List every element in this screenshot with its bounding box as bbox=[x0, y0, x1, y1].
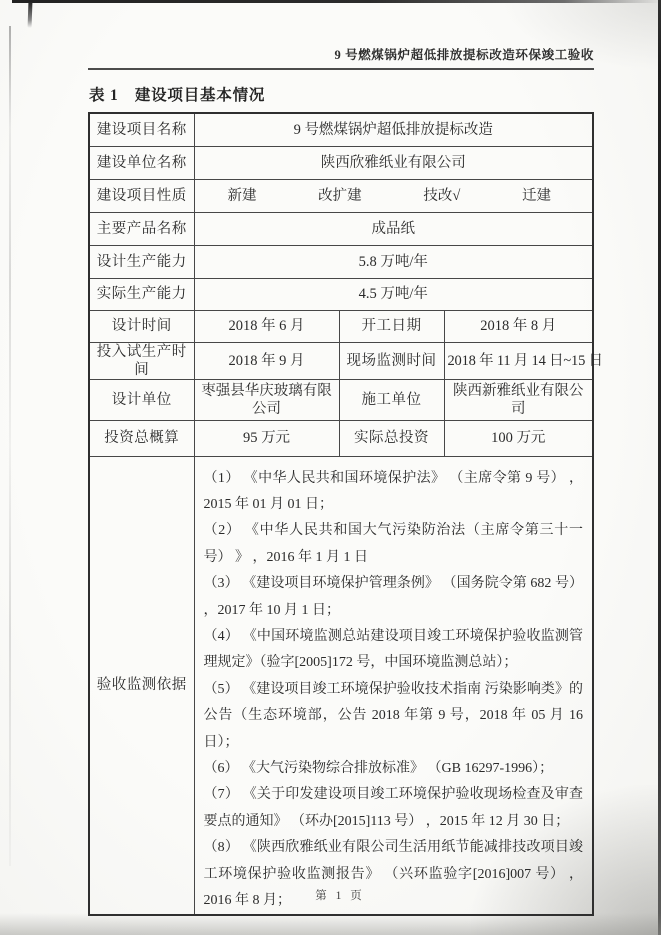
row-value: 4.5 万吨/年 bbox=[194, 278, 593, 310]
basis-item: （3） 《建设项目环境保护管理条例》 （国务院令第 682 号） ，2017 年… bbox=[204, 571, 584, 624]
nature-option-expand: 改扩建 bbox=[318, 187, 362, 205]
row-label: 投入试生产时间 bbox=[89, 342, 194, 379]
page-number: 第 1 页 bbox=[88, 887, 592, 903]
row-value: 2018 年 6 月 bbox=[194, 310, 339, 342]
basis-item: （6） 《大气污染物综合排放标准》 （GB 16297-1996）； bbox=[204, 756, 584, 782]
row-label: 建设项目性质 bbox=[89, 179, 194, 212]
table-row: 投资总概算 95 万元 实际总投资 100 万元 bbox=[89, 420, 593, 456]
row-label: 实际生产能力 bbox=[89, 278, 194, 310]
project-info-table: 建设项目名称 9 号燃煤锅炉超低排放提标改造 建设单位名称 陕西欣雅纸业有限公司… bbox=[88, 112, 594, 916]
table-row: 设计生产能力 5.8 万吨/年 bbox=[89, 245, 593, 278]
row-value: 成品纸 bbox=[194, 212, 593, 245]
row-label: 设计生产能力 bbox=[89, 245, 194, 278]
basis-item: （1） 《中华人民共和国环境保护法》 （主席令第 9 号） ，2015 年 01… bbox=[204, 466, 584, 519]
table-row: 投入试生产时间 2018 年 9 月 现场监测时间 2018 年 11 月 14… bbox=[89, 342, 593, 379]
basis-item: （4） 《中国环境监测总站建设项目竣工环境保护验收监测管理规定》（验字[2005… bbox=[204, 624, 584, 677]
row-label2: 施工单位 bbox=[339, 379, 444, 420]
project-nature-options: 新建 改扩建 技改√ 迁建 bbox=[194, 179, 593, 212]
table-row: 设计单位 枣强县华庆玻璃有限公司 施工单位 陕西新雅纸业有限公司 bbox=[89, 379, 593, 420]
basis-item: （2） 《中华人民共和国大气污染防治法（主席令第三十一号） 》 ，2016 年 … bbox=[204, 518, 584, 571]
row-label2: 实际总投资 bbox=[339, 420, 444, 456]
table-row: 实际生产能力 4.5 万吨/年 bbox=[89, 278, 593, 310]
table-row: 建设项目性质 新建 改扩建 技改√ 迁建 bbox=[89, 179, 593, 212]
row-value: 枣强县华庆玻璃有限公司 bbox=[194, 379, 339, 420]
row-value2: 100 万元 bbox=[444, 420, 593, 456]
table-row: 验收监测依据 （1） 《中华人民共和国环境保护法》 （主席令第 9 号） ，20… bbox=[89, 456, 593, 915]
nature-option-new: 新建 bbox=[228, 187, 257, 205]
table-row: 主要产品名称 成品纸 bbox=[89, 212, 593, 245]
basis-item: （5） 《建设项目竣工环境保护验收技术指南 污染影响类》的公告（生态环境部，公告… bbox=[204, 677, 584, 756]
basis-item: （7） 《关于印发建设项目竣工环境保护验收现场检查及审查要点的通知》 （环办[2… bbox=[204, 782, 584, 835]
running-header: 9 号燃煤锅炉超低排放提标改造环保竣工验收 bbox=[88, 45, 594, 70]
row-label2: 开工日期 bbox=[339, 310, 444, 342]
table-row: 设计时间 2018 年 6 月 开工日期 2018 年 8 月 bbox=[89, 310, 593, 342]
row-value: 2018 年 9 月 bbox=[194, 342, 339, 379]
row-label: 设计时间 bbox=[89, 310, 194, 342]
row-value: 95 万元 bbox=[194, 420, 339, 456]
page-title: 表 1 建设项目基本情况 bbox=[89, 83, 265, 105]
row-value2: 陕西新雅纸业有限公司 bbox=[444, 379, 593, 420]
table-row: 建设项目名称 9 号燃煤锅炉超低排放提标改造 bbox=[89, 113, 593, 146]
row-label: 设计单位 bbox=[89, 379, 194, 420]
nature-option-techreno-checked: 技改√ bbox=[423, 187, 460, 205]
row-label: 建设项目名称 bbox=[89, 113, 194, 146]
row-label: 主要产品名称 bbox=[89, 212, 194, 245]
row-value2: 2018 年 8 月 bbox=[444, 310, 593, 342]
scan-left-crease-artifact bbox=[9, 26, 11, 866]
scanned-document-page: 9 号燃煤锅炉超低排放提标改造环保竣工验收 表 1 建设项目基本情况 建设项目名… bbox=[0, 0, 661, 935]
row-label2: 现场监测时间 bbox=[339, 342, 444, 379]
row-label: 投资总概算 bbox=[89, 420, 194, 456]
row-value: 5.8 万吨/年 bbox=[194, 245, 593, 278]
nature-option-relocate: 迁建 bbox=[522, 187, 551, 205]
row-value2: 2018 年 11 月 14 日~15 日 bbox=[444, 342, 593, 379]
row-label: 建设单位名称 bbox=[89, 146, 194, 179]
monitoring-basis-list: （1） 《中华人民共和国环境保护法》 （主席令第 9 号） ，2015 年 01… bbox=[194, 456, 593, 915]
row-value: 陕西欣雅纸业有限公司 bbox=[194, 146, 593, 179]
scan-corner-mark-artifact bbox=[28, 1, 33, 28]
row-value: 9 号燃煤锅炉超低排放提标改造 bbox=[194, 113, 593, 146]
row-label: 验收监测依据 bbox=[89, 456, 194, 915]
table-row: 建设单位名称 陕西欣雅纸业有限公司 bbox=[89, 146, 593, 179]
